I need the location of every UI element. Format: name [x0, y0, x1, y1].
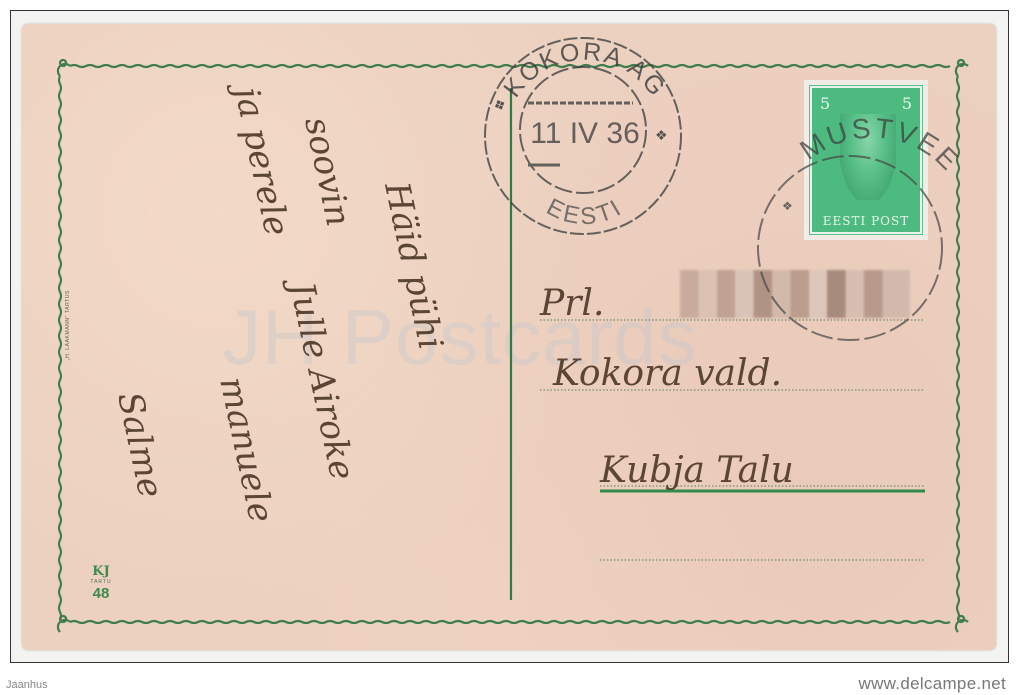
message-line: Julle Airoke	[280, 273, 362, 484]
seller-name: Jaanhus	[6, 679, 48, 691]
postmark-origin-town: KOKORA AG	[498, 38, 671, 103]
stamp-value-right: 5	[902, 94, 912, 113]
stamp-value-left: 5	[820, 94, 830, 113]
message-line: soovin	[296, 114, 358, 230]
stamp-portrait	[840, 114, 896, 200]
svg-text:❖: ❖	[491, 95, 509, 115]
card-number: 48	[80, 586, 122, 602]
handwritten-message: Häid pühisoovinJulle Airokeja perelemanu…	[109, 77, 450, 526]
postmark-origin-country: EESTI	[542, 193, 628, 230]
svg-text:❖: ❖	[655, 127, 668, 143]
address-line3: Kubja Talu	[599, 450, 794, 491]
redacted-recipient-name	[680, 270, 910, 318]
message-line: manuele	[211, 374, 281, 527]
address-line1-prefix: Prl.	[539, 283, 604, 324]
message-line: ja perele	[225, 77, 297, 240]
postmark-origin-date: 11 IV 36	[530, 117, 640, 150]
publisher-mark: KJ TARTU 48	[80, 565, 122, 602]
publisher-logo-icon: KJ	[80, 565, 122, 579]
svg-text:KOKORA AG: KOKORA AG	[498, 38, 671, 103]
address-line2: Kokora vald.	[552, 353, 782, 394]
message-line: Salme	[109, 389, 170, 502]
stamp-country: EESTI POST	[812, 214, 920, 228]
svg-text:EESTI: EESTI	[542, 193, 628, 230]
site-watermark: www.delcampe.net	[859, 674, 1006, 694]
printer-imprint: „H. LAAKMANN" TARTUS	[65, 290, 71, 360]
postage-stamp: 5 5 EESTI POST	[804, 80, 928, 240]
message-line: Häid pühi	[376, 178, 451, 353]
